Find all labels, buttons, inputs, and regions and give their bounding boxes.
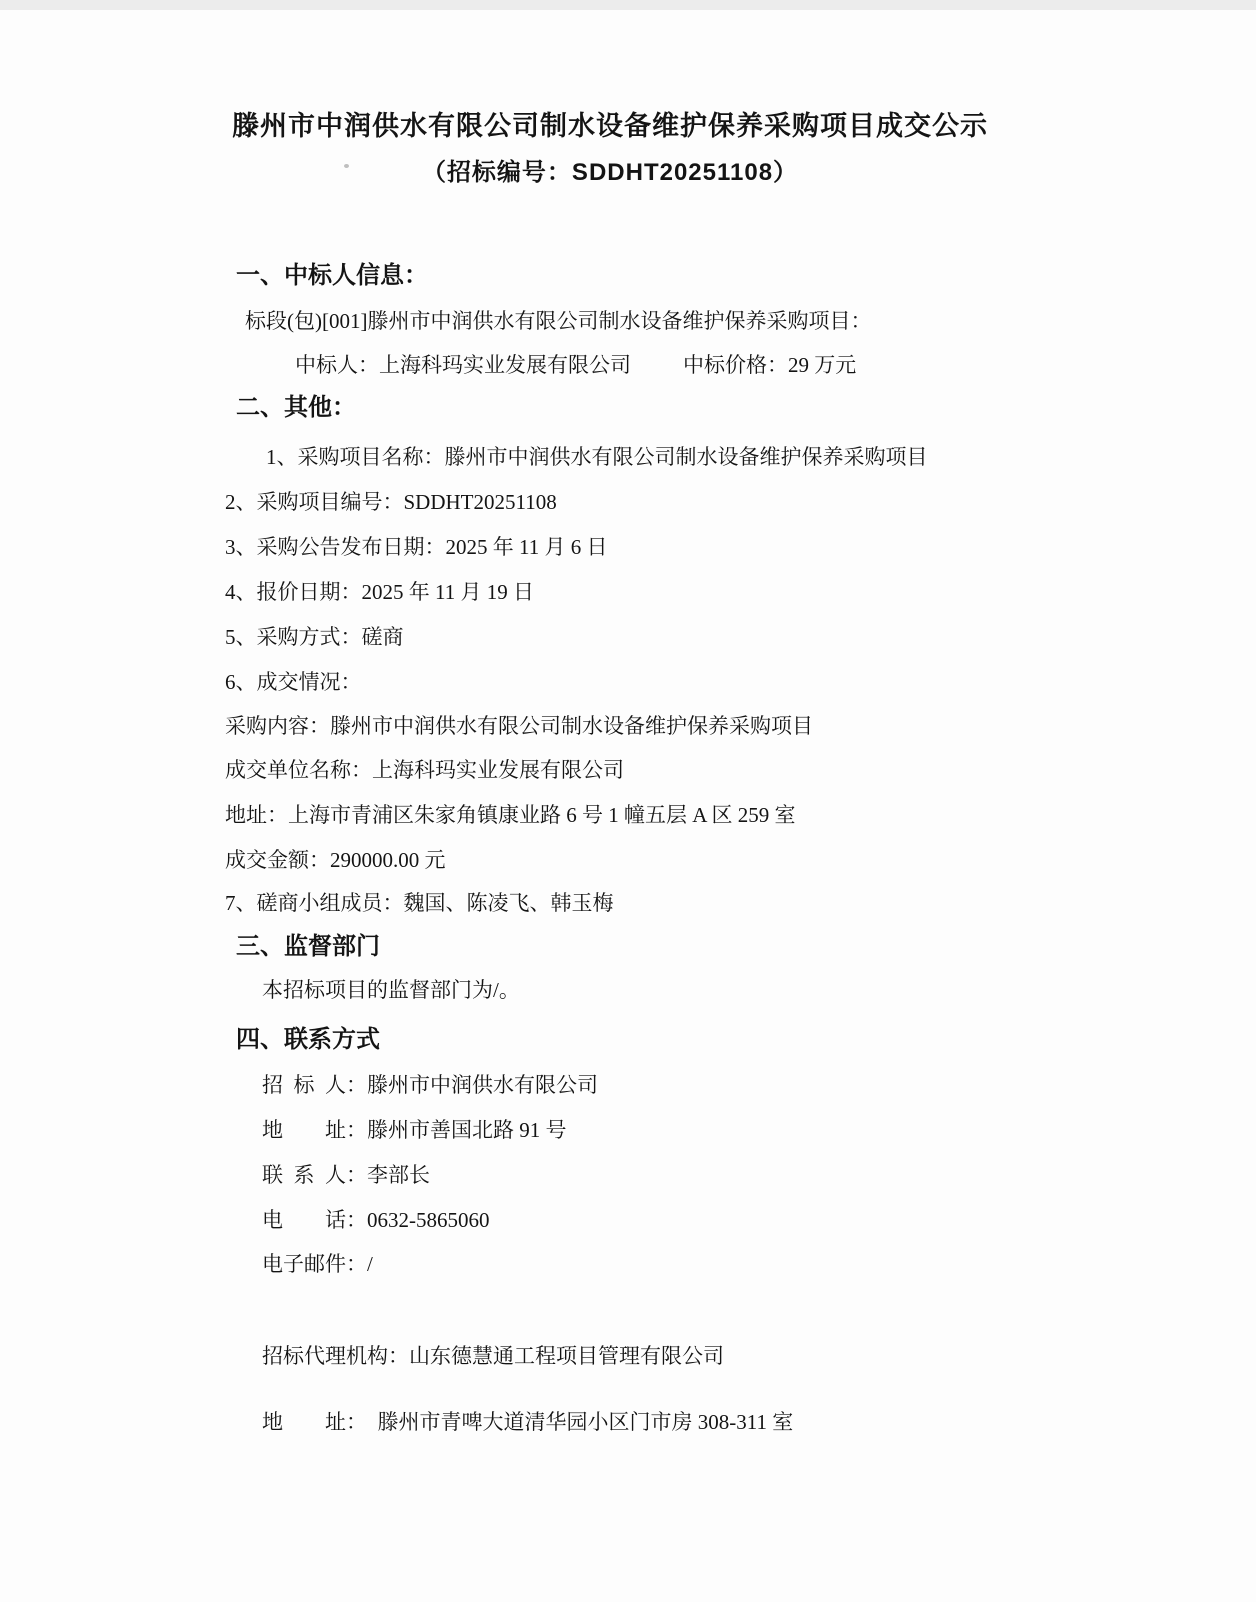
document-subtitle: （招标编号：SDDHT20251108）	[0, 156, 1220, 190]
title-block: 滕州市中润供水有限公司制水设备维护保养采购项目成交公示 （招标编号：SDDHT2…	[0, 0, 1220, 190]
detail-winning-unit: 成交单位名称：上海科玛实业发展有限公司	[225, 755, 1256, 785]
scanned-document-page: 滕州市中润供水有限公司制水设备维护保养采购项目成交公示 （招标编号：SDDHT2…	[0, 0, 1256, 1602]
winner-price: 中标价格：29 万元	[683, 353, 856, 377]
section-heading-contact: 四、联系方式	[236, 1024, 1256, 1056]
scan-artifact-speck	[344, 164, 349, 168]
section-heading-winner-info: 一、中标人信息：	[236, 260, 1256, 292]
contact-tenderer-address: 地 址：滕州市善国北路 91 号	[262, 1115, 1256, 1145]
item-announcement-date: 3、采购公告发布日期：2025 年 11 月 6 日	[225, 532, 1256, 562]
detail-procurement-content: 采购内容：滕州市中润供水有限公司制水设备维护保养采购项目	[225, 711, 1256, 741]
item-project-number: 2、采购项目编号：SDDHT20251108	[225, 487, 1256, 517]
scan-edge-strip	[0, 0, 1256, 10]
item-project-name: 1、采购项目名称：滕州市中润供水有限公司制水设备维护保养采购项目	[266, 442, 1256, 472]
item-deal-status: 6、成交情况：	[225, 667, 1256, 697]
item-quote-date: 4、报价日期：2025 年 11 月 19 日	[225, 577, 1256, 607]
document-title: 滕州市中润供水有限公司制水设备维护保养采购项目成交公示	[0, 0, 1220, 144]
agency-address: 地 址： 滕州市青啤大道清华园小区门市房 308-311 室	[262, 1407, 1256, 1437]
item-panel-members: 7、磋商小组成员：魏国、陈凌飞、韩玉梅	[225, 888, 1256, 918]
detail-winner-address: 地址：上海市青浦区朱家角镇康业路 6 号 1 幢五层 A 区 259 室	[225, 800, 1256, 830]
supervision-body: 本招标项目的监督部门为/。	[262, 975, 1256, 1005]
item-procurement-method: 5、采购方式：磋商	[225, 622, 1256, 652]
agency-name: 招标代理机构：山东德慧通工程项目管理有限公司	[262, 1341, 1256, 1371]
contact-email: 电子邮件：/	[262, 1249, 1256, 1279]
contact-phone: 电 话：0632-5865060	[262, 1205, 1256, 1235]
lot-line: 标段(包)[001]滕州市中润供水有限公司制水设备维护保养采购项目：	[245, 306, 1256, 336]
section-heading-other: 二、其他：	[236, 392, 1256, 424]
detail-deal-amount: 成交金额：290000.00 元	[225, 845, 1256, 875]
section-heading-supervision: 三、监督部门	[236, 931, 1256, 963]
winner-line: 中标人：上海科玛实业发展有限公司中标价格：29 万元	[295, 350, 1256, 380]
contact-person: 联 系 人：李部长	[262, 1160, 1256, 1190]
winner-name: 中标人：上海科玛实业发展有限公司	[295, 353, 631, 377]
contact-tenderer: 招 标 人：滕州市中润供水有限公司	[262, 1070, 1256, 1100]
